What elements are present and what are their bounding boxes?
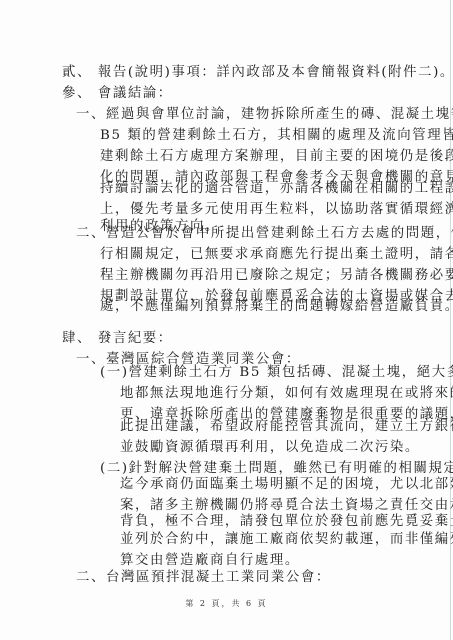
conclusion-2-line: 行相關規定，已無要求承商應先行提出棄土證明，請各工 xyxy=(100,246,453,264)
speaker-1-point-1-line: (一)營建剩餘土石方 B5 類包括磚、混凝土塊，絕大多數工 xyxy=(100,364,453,382)
conclusion-1-line: B5 類的營建剩餘土石方，其相關的處理及流向管理皆循營 xyxy=(100,127,453,145)
speaker-2-title: 二、台灣區預拌混凝土工業同業公會： xyxy=(76,569,331,587)
conclusion-1-line: 持續討論去化的適合管道，亦請各機關在相關的工程設計 xyxy=(100,180,453,198)
conclusion-2-line: 程主辦機關勿再沿用已廢除之規定；另請各機關務必要求 xyxy=(100,267,453,285)
section-4-heading: 肆、 發言紀要： xyxy=(62,330,173,348)
document-page: 貳、 報告(說明)事項：詳內政部及本會簡報資料(附件二)。 參、 會議結論： 一… xyxy=(0,0,453,640)
speaker-1-point-1-line: 地都無法現地進行分類，如何有效處理現在或將來的都 xyxy=(120,385,453,403)
speaker-1-point-2-line: 並列於合約中，讓施工廠商依契約載運，而非僅編列預 xyxy=(120,531,453,549)
speaker-1-point-1-line: 並鼓勵資源循環再利用，以免造成二次污染。 xyxy=(120,439,420,457)
section-2-report: 貳、 報告(說明)事項：詳內政部及本會簡報資料(附件二)。 xyxy=(62,64,453,82)
section-3-heading: 參、 會議結論： xyxy=(62,85,173,103)
conclusion-1-line: 一、經過與會單位討論，建物拆除所產生的磚、混凝土塊等屬 xyxy=(76,106,453,124)
page-number: 第 2 頁，共 6 頁 xyxy=(0,598,453,609)
speaker-1-point-2-line: 迄今承商仍面臨棄土場明顯不足的困境，尤以北部建 xyxy=(120,476,453,494)
speaker-1-point-2-line: 算交由營造廠商自行處理。 xyxy=(120,552,300,570)
speaker-1-point-2-line: 背負，極不合理，請發包單位於發包前應先覓妥棄土場 xyxy=(120,513,453,531)
conclusion-2-line: 處，不應僅編列預算將棄土的問題轉嫁給營造廠負責。 xyxy=(100,298,453,316)
conclusion-1-line: 上，優先考量多元使用再生粒料，以協助落實循環經濟再 xyxy=(100,201,453,219)
conclusion-1-line: 建剩餘土石方處理方案辦理，目前主要的困境仍是後段去 xyxy=(100,148,453,166)
speaker-1-point-1-line: 此提出建議，希望政府能控管其流向，建立土方銀行， xyxy=(120,418,453,436)
conclusion-2-line: 二、營造公會於會中所提出營建剩餘土石方去處的問題，依現 xyxy=(76,225,453,243)
